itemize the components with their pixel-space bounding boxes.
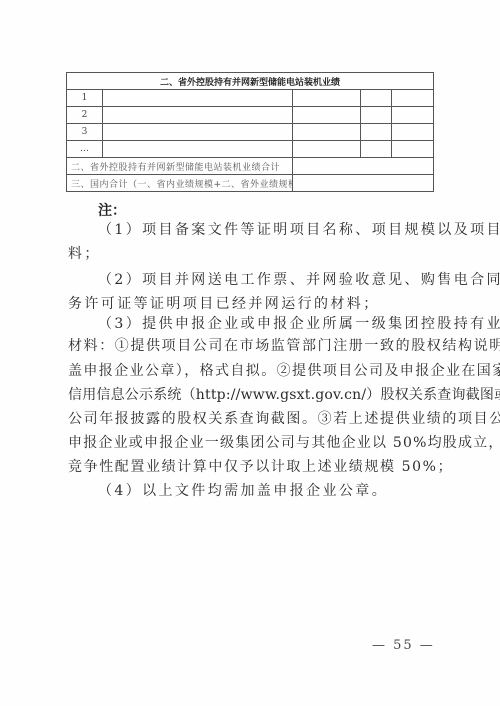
table-cell	[361, 124, 392, 141]
notes-title: 注：	[98, 200, 126, 220]
table-cell	[103, 141, 293, 158]
table-cell	[103, 107, 293, 124]
table-header-row: 二、省外控股持有并网新型储能电站装机业绩	[67, 73, 434, 90]
row-number: 3	[67, 124, 103, 141]
note-3-line: 申报企业或申报企业一级集团公司与其他企业以 50%均股成立，本次	[68, 435, 432, 451]
note-3-line: 材料：①提供项目公司在市场监管部门注册一致的股权结构说明（加	[68, 338, 432, 354]
table-cell	[103, 90, 293, 107]
note-1-line: （1）项目备案文件等证明项目名称、项目规模以及项目公司的材	[98, 222, 432, 238]
row-number: …	[67, 141, 103, 158]
table-cell	[293, 107, 361, 124]
note-3-url-line: 信用信息公示系统（http://www.gsxt.gov.cn/）股权关系查询截…	[68, 387, 432, 403]
note-4-line: （4）以上文件均需加盖申报企业公章。	[98, 483, 432, 499]
table-cell	[293, 141, 361, 158]
table-cell	[361, 90, 392, 107]
note-2-line: （2）项目并网送电工作票、并网验收意见、购售电合同或发电业	[98, 272, 432, 288]
note-2-line: 务许可证等证明项目已经并网运行的材料；	[68, 296, 432, 312]
note-3-line: 竞争性配置业绩计算中仅予以计取上述业绩规模 50%；	[68, 459, 432, 475]
table-row: 2	[67, 107, 434, 124]
table-row: 3	[67, 124, 434, 141]
note-3-line: 公司年报披露的股权关系查询截图。③若上述提供业绩的项目公司为	[68, 411, 432, 427]
page-number: — 55 —	[372, 638, 435, 653]
table-row: 1	[67, 90, 434, 107]
table-cell	[361, 107, 392, 124]
subtotal-label: 二、省外控股持有并网新型储能电站装机业绩合计	[67, 158, 293, 175]
table-row: …	[67, 141, 434, 158]
table-cell	[361, 141, 392, 158]
performance-table: 二、省外控股持有并网新型储能电站装机业绩 1 2 3 …	[66, 72, 434, 192]
row-number: 1	[67, 90, 103, 107]
table-cell	[293, 124, 361, 141]
table-cell	[103, 124, 293, 141]
subtotal-row: 二、省外控股持有并网新型储能电站装机业绩合计	[67, 158, 434, 175]
row-number: 2	[67, 107, 103, 124]
note-1-line: 料；	[68, 246, 432, 262]
subtotal-value	[293, 158, 434, 175]
total-value	[293, 175, 434, 192]
table-cell	[392, 124, 434, 141]
table-cell	[392, 90, 434, 107]
note-3-line: （3）提供申报企业或申报企业所属一级集团控股持有业绩的证明	[98, 316, 432, 332]
table-cell	[392, 141, 434, 158]
document-page: 二、省外控股持有并网新型储能电站装机业绩 1 2 3 …	[0, 0, 500, 706]
note-3-line: 盖申报企业公章），格式自拟。②提供项目公司及申报企业在国家企业	[68, 363, 432, 379]
table-cell	[392, 107, 434, 124]
total-row: 三、国内合计（一、省内业绩规模+二、省外业绩规模）	[67, 175, 434, 192]
table-cell	[293, 90, 361, 107]
total-label: 三、国内合计（一、省内业绩规模+二、省外业绩规模）	[67, 175, 293, 192]
table-section-title: 二、省外控股持有并网新型储能电站装机业绩	[67, 73, 434, 90]
